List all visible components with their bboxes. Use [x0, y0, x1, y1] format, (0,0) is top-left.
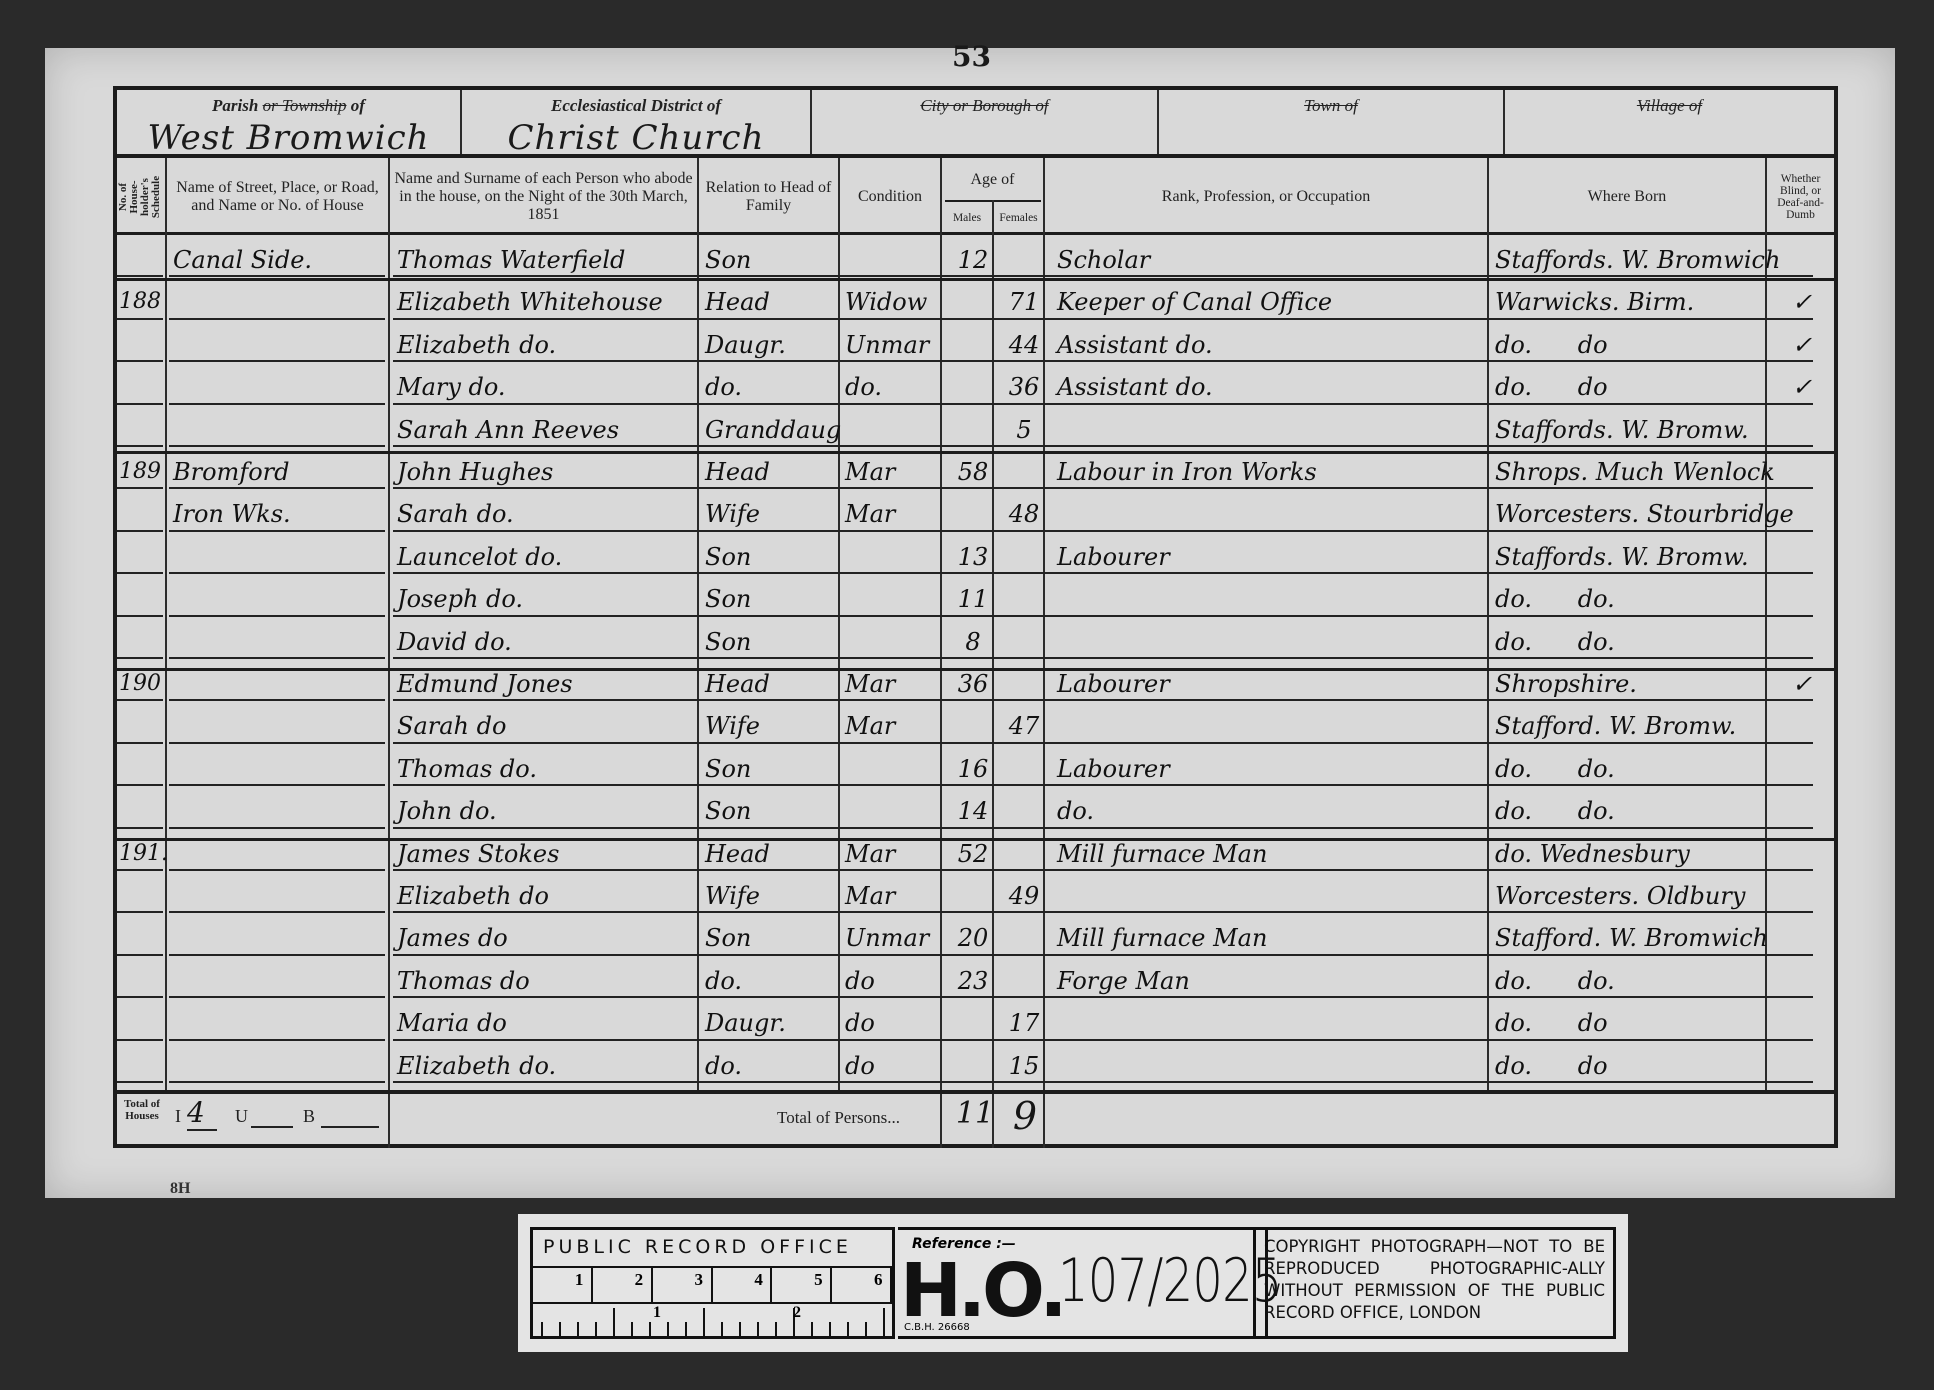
row-rule: [393, 869, 1813, 871]
occupation: Labour in Iron Works: [1057, 449, 1497, 491]
condition: do.: [845, 364, 940, 406]
check-mark-icon: [1777, 746, 1827, 788]
city-label: City or Borough of: [812, 96, 1157, 116]
birthplace: Stafford. W. Bromwich: [1495, 915, 1770, 957]
table-row: Thomas do do. do 23 Forge Man do. do.: [117, 958, 1834, 1000]
occupation: Labourer: [1057, 661, 1497, 703]
birthplace: Staffords. W. Bromwich: [1495, 237, 1770, 279]
street-address: [173, 534, 388, 576]
row-rule: [393, 1081, 1813, 1083]
occupation: Assistant do.: [1057, 364, 1497, 406]
condition: Mar: [845, 661, 940, 703]
schedule-number: [119, 322, 165, 364]
male-age: 20: [949, 915, 997, 957]
condition: [845, 746, 940, 788]
relation: Wife: [705, 491, 840, 533]
schedule-number: [119, 237, 165, 279]
male-age: [949, 407, 997, 449]
schedule-number: [119, 958, 165, 1000]
row-rule: [393, 318, 1813, 320]
row-rule: [169, 403, 385, 405]
schedule-number: [119, 534, 165, 576]
condition: Unmar: [845, 322, 940, 364]
relation: Son: [705, 915, 840, 957]
row-rule: [169, 657, 385, 659]
row-rule: [393, 657, 1813, 659]
relation: Head: [705, 279, 840, 321]
female-age: [1000, 237, 1048, 279]
person-name: John Hughes: [397, 449, 702, 491]
table-row: James do Son Unmar 20 Mill furnace Man S…: [117, 915, 1834, 957]
row-rule: [117, 954, 163, 956]
street-address: Canal Side.: [173, 237, 388, 279]
female-age: 5: [1000, 407, 1048, 449]
check-mark-icon: [1777, 576, 1827, 618]
male-age: 11: [949, 576, 997, 618]
table-row: 188 Elizabeth Whitehouse Head Widow 71 K…: [117, 279, 1834, 321]
inch-tick: [649, 1322, 651, 1338]
row-rule: [393, 360, 1813, 362]
condition: do: [845, 1043, 940, 1085]
building-label: B: [303, 1106, 315, 1127]
check-mark-icon: ✓: [1777, 661, 1827, 703]
street-address: [173, 703, 388, 745]
female-age: 48: [1000, 491, 1048, 533]
condition: [845, 619, 940, 661]
male-age: [949, 1000, 997, 1042]
row-rule: [117, 827, 163, 829]
person-name: Sarah Ann Reeves: [397, 407, 702, 449]
cm-tick-label: 5: [814, 1270, 823, 1290]
table-row: 190 Edmund Jones Head Mar 36 Labourer Sh…: [117, 661, 1834, 703]
row-rule: [393, 487, 1813, 489]
row-rule: [169, 996, 385, 998]
table-row: Maria do Daugr. do 17 do. do: [117, 1000, 1834, 1042]
male-age: [949, 873, 997, 915]
table-row: Sarah Ann Reeves Granddaug 5 Staffords. …: [117, 407, 1834, 449]
occupation: [1057, 407, 1497, 449]
schedule-number: [119, 1043, 165, 1085]
check-mark-icon: ✓: [1777, 322, 1827, 364]
relation: Son: [705, 534, 840, 576]
check-mark-icon: [1777, 703, 1827, 745]
female-age: 36: [1000, 364, 1048, 406]
row-rule: [169, 1039, 385, 1041]
row-rule: [117, 657, 163, 659]
condition: [845, 576, 940, 618]
table-row: 189 Bromford John Hughes Head Mar 58 Lab…: [117, 449, 1834, 491]
female-age: [1000, 661, 1048, 703]
occupation: Scholar: [1057, 237, 1497, 279]
birthplace: do. do: [1495, 1043, 1770, 1085]
street-address: [173, 1000, 388, 1042]
occupation: [1057, 1043, 1497, 1085]
inch-label: 1: [653, 1304, 661, 1322]
row-rule: [393, 1039, 1813, 1041]
male-age: [949, 364, 997, 406]
parish-value: West Bromwich: [117, 118, 460, 158]
inch-tick: [703, 1308, 705, 1338]
occupation: [1057, 491, 1497, 533]
parish-label: Parish: [212, 96, 263, 115]
row-rule: [169, 615, 385, 617]
table-row: Mary do. do. do. 36 Assistant do. do. do…: [117, 364, 1834, 406]
row-rule: [117, 360, 163, 362]
check-mark-icon: [1777, 831, 1827, 873]
relation: Head: [705, 831, 840, 873]
condition: [845, 788, 940, 830]
inch-tick: [631, 1322, 633, 1338]
male-age: 58: [949, 449, 997, 491]
relation: Son: [705, 237, 840, 279]
street-address: [173, 915, 388, 957]
street-address: [173, 576, 388, 618]
inch-tick: [595, 1322, 597, 1338]
row-rule: [393, 445, 1813, 447]
table-row: Canal Side. Thomas Waterfield Son 12 Sch…: [117, 237, 1834, 279]
birthplace: Staffords. W. Bromw.: [1495, 534, 1770, 576]
table-row: Elizabeth do. Daugr. Unmar 44 Assistant …: [117, 322, 1834, 364]
row-rule: [393, 275, 1813, 277]
check-mark-icon: [1777, 491, 1827, 533]
condition: Mar: [845, 491, 940, 533]
male-age: 14: [949, 788, 997, 830]
female-age: 17: [1000, 1000, 1048, 1042]
row-rule: [117, 869, 163, 871]
col-header-age: Age of: [942, 160, 1043, 200]
copyright-notice: COPYRIGHT PHOTOGRAPH—NOT TO BE REPRODUCE…: [1253, 1227, 1616, 1339]
village-field: Village of: [1505, 92, 1834, 156]
person-name: Joseph do.: [397, 576, 702, 618]
schedule-number: 191.: [119, 831, 165, 873]
occupation: Labourer: [1057, 534, 1497, 576]
inhabited-value: 4: [187, 1096, 217, 1131]
inch-tick: [613, 1308, 615, 1338]
inch-tick: [541, 1322, 543, 1338]
schedule-number: 189: [119, 449, 165, 491]
row-rule: [393, 699, 1813, 701]
row-rule: [117, 742, 163, 744]
occupation: [1057, 619, 1497, 661]
totals-row: Total of Houses I 4 U B Total of Persons…: [117, 1092, 1834, 1144]
birthplace: do. do.: [1495, 746, 1770, 788]
inch-tick: [721, 1322, 723, 1338]
occupation: [1057, 1000, 1497, 1042]
male-age: 23: [949, 958, 997, 1000]
col-header-males: Males: [942, 205, 992, 230]
col-header-schedule-text: No. of House-holder's Schedule: [118, 172, 162, 222]
occupation: [1057, 703, 1497, 745]
relation: Wife: [705, 703, 840, 745]
inch-tick: [829, 1322, 831, 1338]
ecclesiastical-label: Ecclesiastical District of: [462, 96, 810, 116]
col-header-blind: Whether Blind, or Deaf-and-Dumb: [1767, 160, 1834, 234]
inch-tick: [685, 1322, 687, 1338]
schedule-number: [119, 619, 165, 661]
row-rule: [169, 318, 385, 320]
male-age: 12: [949, 237, 997, 279]
street-address: [173, 407, 388, 449]
occupation: [1057, 576, 1497, 618]
row-rule: [169, 954, 385, 956]
row-rule: [117, 784, 163, 786]
table-row: David do. Son 8 do. do.: [117, 619, 1834, 661]
schedule-number: [119, 788, 165, 830]
row-rule: [169, 869, 385, 871]
person-name: Sarah do.: [397, 491, 702, 533]
row-rule: [169, 360, 385, 362]
condition: [845, 237, 940, 279]
birthplace: Shropshire.: [1495, 661, 1770, 703]
inch-tick: [775, 1322, 777, 1338]
row-rule: [117, 996, 163, 998]
parish-label-suffix: of: [347, 96, 365, 115]
relation: Wife: [705, 873, 840, 915]
check-mark-icon: [1777, 407, 1827, 449]
relation: Son: [705, 788, 840, 830]
table-row: Thomas do. Son 16 Labourer do. do.: [117, 746, 1834, 788]
occupation: Keeper of Canal Office: [1057, 279, 1497, 321]
street-address: [173, 364, 388, 406]
male-age: [949, 703, 997, 745]
person-name: John do.: [397, 788, 702, 830]
total-females: 9: [1001, 1094, 1049, 1138]
row-rule: [169, 530, 385, 532]
street-address: [173, 958, 388, 1000]
row-rule: [393, 403, 1813, 405]
birthplace: do. do.: [1495, 619, 1770, 661]
female-age: 47: [1000, 703, 1048, 745]
person-name: Elizabeth do: [397, 873, 702, 915]
col-header-schedule: No. of House-holder's Schedule: [115, 160, 165, 234]
female-age: 71: [1000, 279, 1048, 321]
pro-title: PUBLIC RECORD OFFICE: [543, 1236, 852, 1258]
person-name: Elizabeth Whitehouse: [397, 279, 702, 321]
male-age: 52: [949, 831, 997, 873]
street-address: Iron Wks.: [173, 491, 388, 533]
schedule-number: [119, 746, 165, 788]
female-age: [1000, 831, 1048, 873]
row-rule: [393, 911, 1813, 913]
row-rule: [169, 275, 385, 277]
street-address: [173, 746, 388, 788]
female-age: 44: [1000, 322, 1048, 364]
table-row: Launcelot do. Son 13 Labourer Staffords.…: [117, 534, 1834, 576]
col-header-street: Name of Street, Place, or Road, and Name…: [167, 160, 388, 234]
inch-label: 2: [793, 1304, 801, 1322]
cm-scale: 123456: [533, 1266, 892, 1304]
birthplace: Stafford. W. Bromw.: [1495, 703, 1770, 745]
check-mark-icon: [1777, 237, 1827, 279]
check-mark-icon: [1777, 534, 1827, 576]
street-address: [173, 619, 388, 661]
row-rule: [117, 403, 163, 405]
street-address: [173, 661, 388, 703]
row-rule: [117, 275, 163, 277]
inch-tick: [739, 1322, 741, 1338]
birthplace: Worcesters. Oldbury: [1495, 873, 1770, 915]
condition: Unmar: [845, 915, 940, 957]
row-rule: [169, 487, 385, 489]
row-rule: [117, 572, 163, 574]
check-mark-icon: [1777, 958, 1827, 1000]
check-mark-icon: [1777, 788, 1827, 830]
person-name: Mary do.: [397, 364, 702, 406]
person-name: Elizabeth do.: [397, 322, 702, 364]
condition: Mar: [845, 873, 940, 915]
total-persons-label: Total of Persons...: [777, 1108, 900, 1128]
schedule-number: [119, 1000, 165, 1042]
check-mark-icon: ✓: [1777, 279, 1827, 321]
birthplace: do. do.: [1495, 958, 1770, 1000]
cm-tick-label: 4: [754, 1270, 763, 1290]
occupation: Forge Man: [1057, 958, 1497, 1000]
birthplace: do. do.: [1495, 788, 1770, 830]
schedule-number: [119, 915, 165, 957]
schedule-number: [119, 407, 165, 449]
row-rule: [393, 530, 1813, 532]
table-row: 191. James Stokes Head Mar 52 Mill furna…: [117, 831, 1834, 873]
relation: Son: [705, 619, 840, 661]
public-record-office-label: PUBLIC RECORD OFFICE 123456 12 Reference…: [518, 1214, 1628, 1352]
row-rule: [393, 572, 1813, 574]
town-field: Town of: [1159, 92, 1503, 156]
condition: [845, 407, 940, 449]
row-rule: [393, 827, 1813, 829]
condition: do: [845, 958, 940, 1000]
table-row: Iron Wks. Sarah do. Wife Mar 48 Worceste…: [117, 491, 1834, 533]
relation: do.: [705, 1043, 840, 1085]
row-rule: [117, 1081, 163, 1083]
occupation: [1057, 873, 1497, 915]
male-age: [949, 322, 997, 364]
cm-tick-label: 6: [874, 1270, 883, 1290]
row-rule: [169, 699, 385, 701]
check-mark-icon: [1777, 873, 1827, 915]
col-header-condition: Condition: [840, 160, 940, 234]
row-rule: [393, 954, 1813, 956]
relation: Son: [705, 576, 840, 618]
female-age: [1000, 534, 1048, 576]
female-age: [1000, 746, 1048, 788]
relation: Granddaug: [705, 407, 840, 449]
cm-tick: [770, 1268, 772, 1302]
street-address: [173, 322, 388, 364]
row-rule: [117, 318, 163, 320]
condition: Mar: [845, 703, 940, 745]
town-label: Town of: [1159, 96, 1503, 116]
street-address: [173, 279, 388, 321]
col-header-born: Where Born: [1489, 160, 1765, 234]
person-name: Thomas do.: [397, 746, 702, 788]
uninhabited-blank: [251, 1126, 293, 1128]
col-header-females: Females: [994, 205, 1043, 230]
col-header-occupation: Rank, Profession, or Occupation: [1045, 160, 1487, 234]
reference-box: Reference :— H.O. 107/2025 C.B.H. 26668: [898, 1227, 1268, 1339]
row-rule: [393, 742, 1813, 744]
male-age: 16: [949, 746, 997, 788]
person-name: David do.: [397, 619, 702, 661]
row-rule: [117, 615, 163, 617]
piece-number: 107/2025: [1058, 1246, 1282, 1316]
occupation: Mill furnace Man: [1057, 915, 1497, 957]
male-age: 8: [949, 619, 997, 661]
street-address: [173, 831, 388, 873]
schedule-number: [119, 873, 165, 915]
check-mark-icon: [1777, 1000, 1827, 1042]
relation: Head: [705, 449, 840, 491]
cbh-code: C.B.H. 26668: [904, 1322, 970, 1333]
female-age: [1000, 576, 1048, 618]
birthplace: do. do: [1495, 1000, 1770, 1042]
male-age: [949, 279, 997, 321]
condition: Mar: [845, 831, 940, 873]
occupation: do.: [1057, 788, 1497, 830]
check-mark-icon: [1777, 1043, 1827, 1085]
row-rule: [393, 615, 1813, 617]
uninhabited-label: U: [235, 1106, 248, 1127]
person-name: Thomas do: [397, 958, 702, 1000]
row-rule: [117, 530, 163, 532]
total-houses-label: Total of Houses: [119, 1098, 165, 1144]
check-mark-icon: ✓: [1777, 364, 1827, 406]
street-address: [173, 1043, 388, 1085]
village-label: Village of: [1505, 96, 1834, 116]
pro-scale-box: PUBLIC RECORD OFFICE 123456 12: [530, 1227, 895, 1339]
occupation: Mill furnace Man: [1057, 831, 1497, 873]
schedule-number: 188: [119, 279, 165, 321]
cm-tick: [651, 1268, 653, 1302]
birthplace: do. do.: [1495, 576, 1770, 618]
relation: Daugr.: [705, 322, 840, 364]
row-rule: [117, 487, 163, 489]
inch-tick: [811, 1322, 813, 1338]
birthplace: Shrops. Much Wenlock: [1495, 449, 1770, 491]
ecclesiastical-field: Ecclesiastical District of Christ Church: [462, 92, 810, 156]
row-rule: [117, 1039, 163, 1041]
schedule-number: [119, 364, 165, 406]
person-name: Elizabeth do.: [397, 1043, 702, 1085]
inch-tick: [865, 1322, 867, 1338]
inch-scale: 12: [533, 1304, 892, 1340]
row-rule: [169, 445, 385, 447]
birthplace: do. Wednesbury: [1495, 831, 1770, 873]
person-name: Launcelot do.: [397, 534, 702, 576]
male-age: [949, 491, 997, 533]
building-blank: [321, 1126, 379, 1128]
ecclesiastical-value: Christ Church: [462, 118, 810, 158]
parish-field: Parish or Township of West Bromwich: [117, 92, 460, 156]
check-mark-icon: [1777, 619, 1827, 661]
cm-tick-label: 1: [575, 1270, 584, 1290]
birthplace: Worcesters. Stourbridge: [1495, 491, 1770, 533]
page-number: 53: [952, 40, 991, 73]
inch-tick: [577, 1322, 579, 1338]
condition: Widow: [845, 279, 940, 321]
condition: [845, 534, 940, 576]
cm-tick: [890, 1268, 892, 1302]
schedule-number: 190: [119, 661, 165, 703]
cm-tick: [711, 1268, 713, 1302]
female-age: 49: [1000, 873, 1048, 915]
table-row: Elizabeth do Wife Mar 49 Worcesters. Old…: [117, 873, 1834, 915]
row-rule: [393, 784, 1813, 786]
row-rule: [393, 996, 1813, 998]
parish-label-struck: or Township: [263, 96, 347, 115]
birthplace: do. do: [1495, 322, 1770, 364]
inch-tick: [667, 1322, 669, 1338]
male-age: 36: [949, 661, 997, 703]
